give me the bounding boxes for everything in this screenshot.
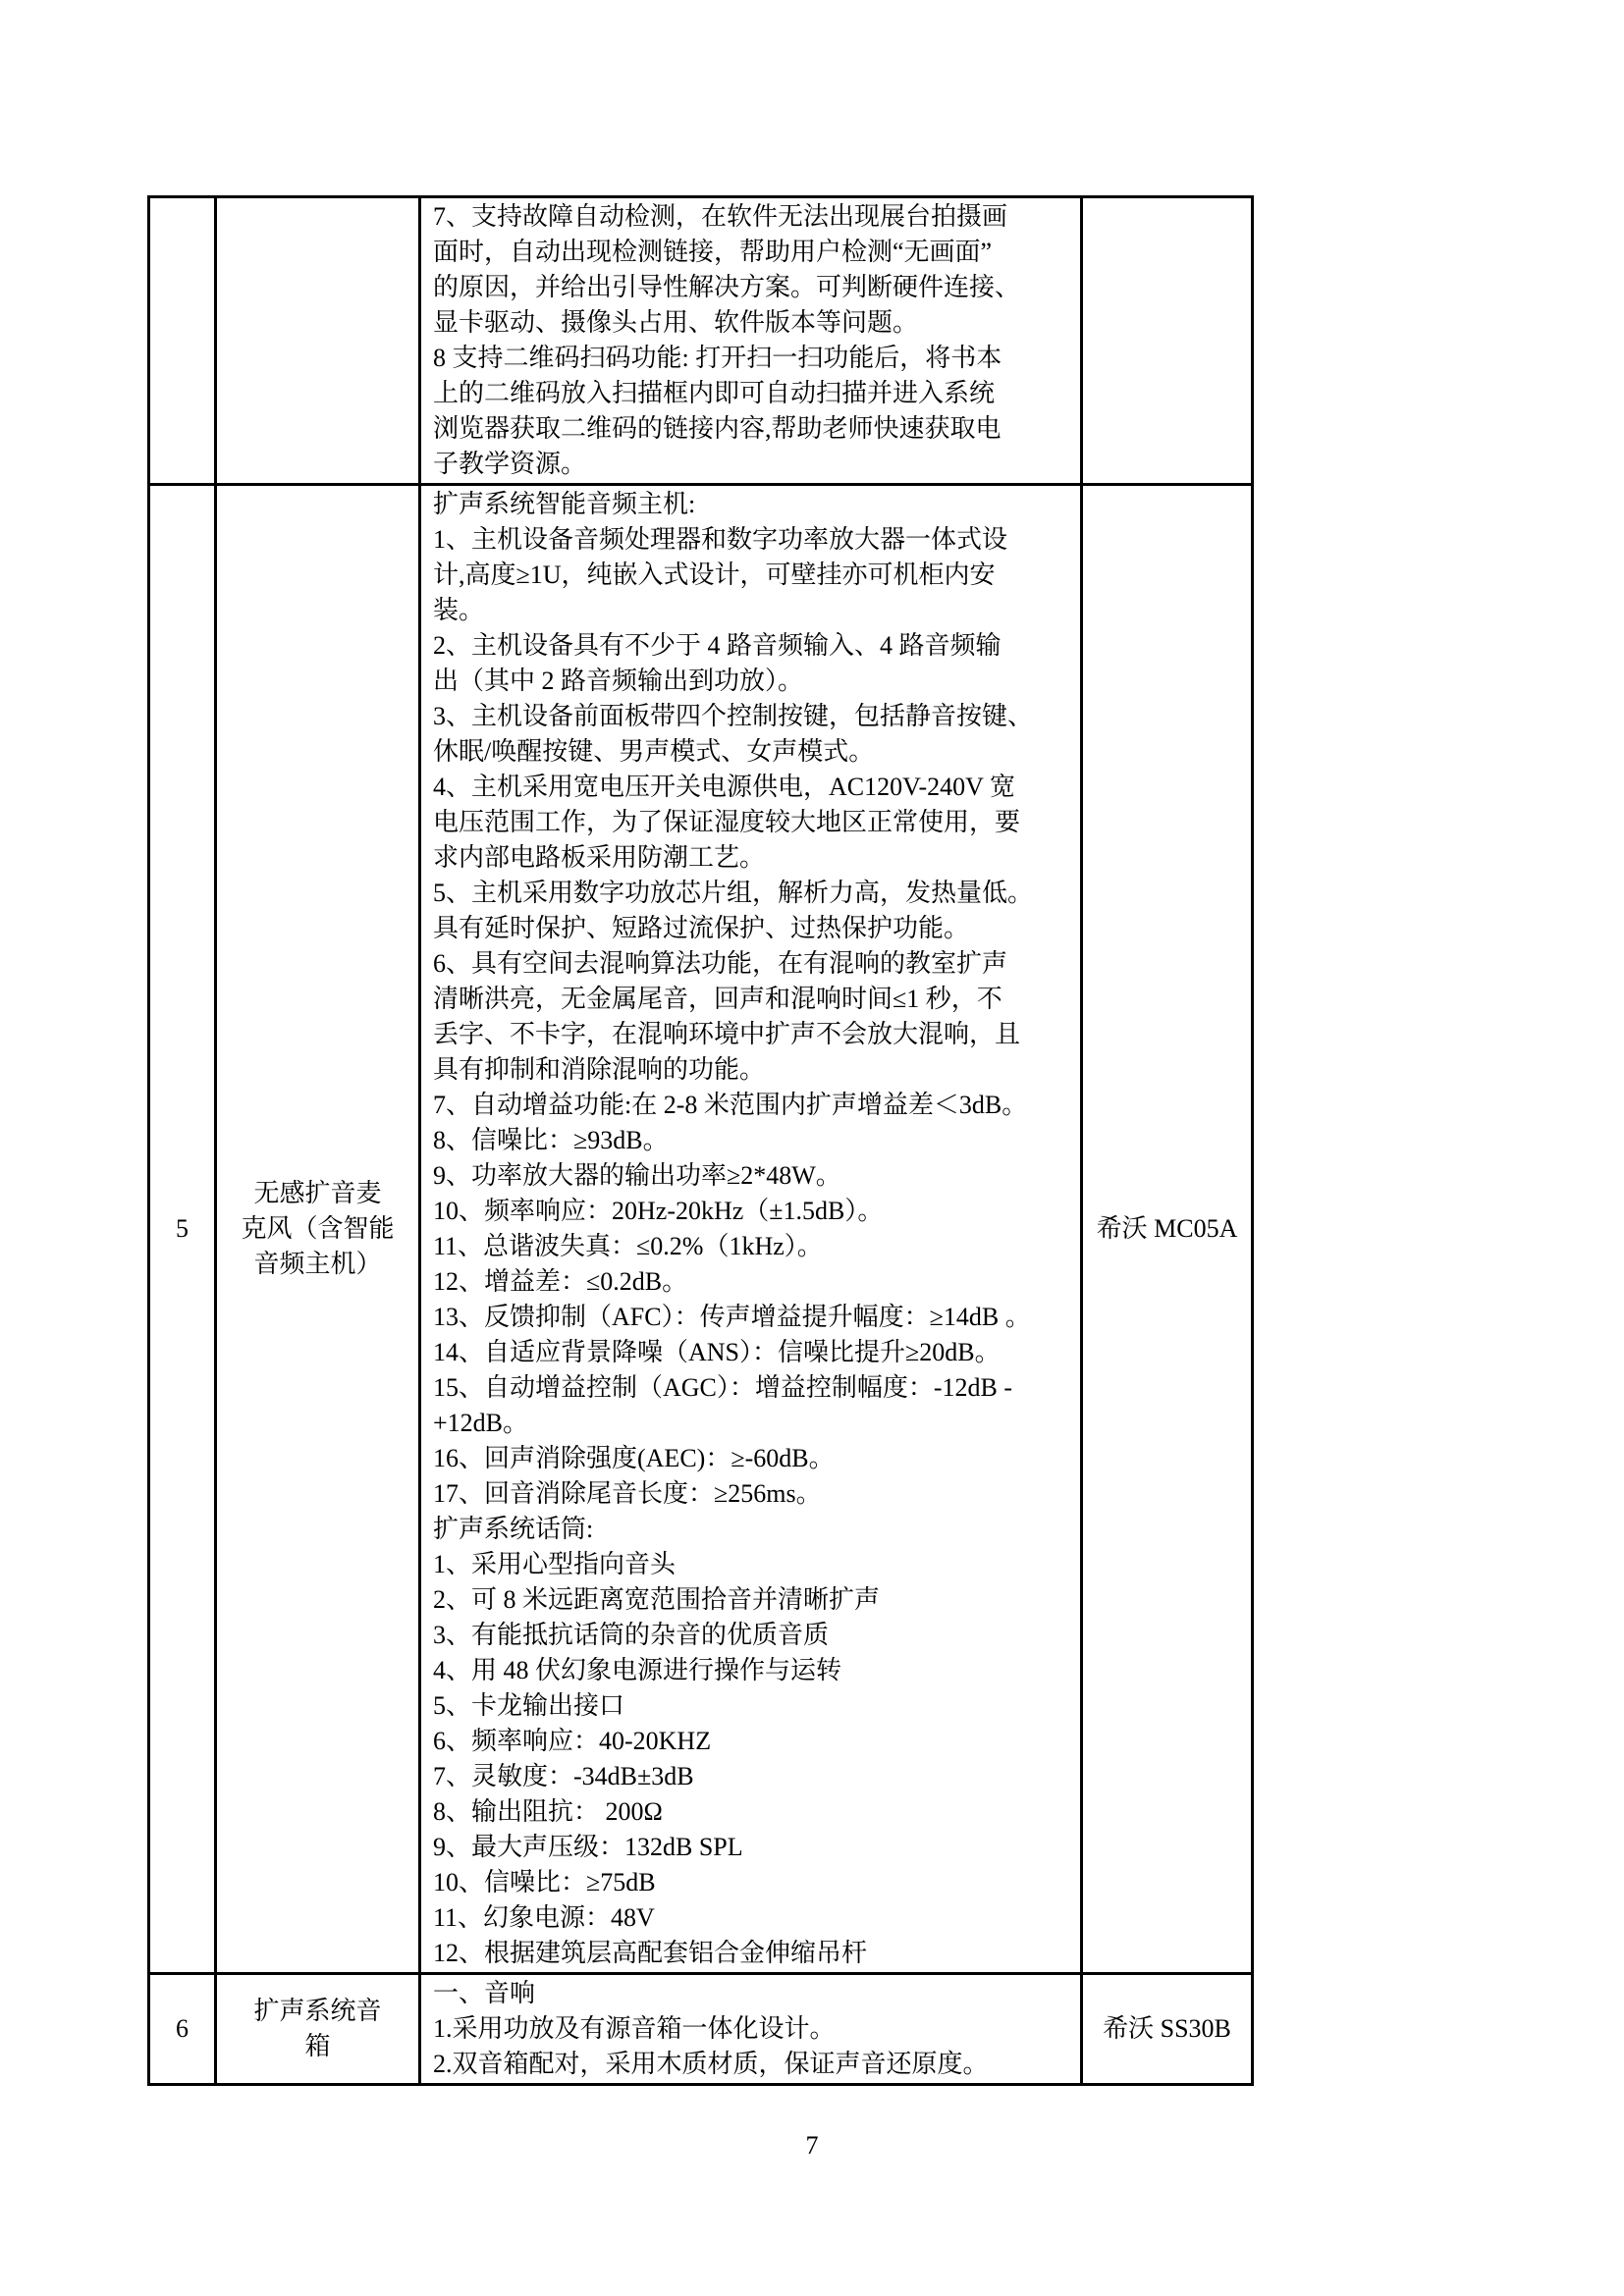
item-name-cell: 扩声系统音 箱 [216,1974,420,2085]
table-row-item5: 5 无感扩音麦 克风（含智能 音频主机） 扩声系统智能音频主机: 1、主机设备音… [149,485,1253,1974]
item-spec-cell: 一、音响 1.采用功放及有源音箱一体化设计。 2.双音箱配对，采用木质材质，保证… [420,1974,1082,2085]
item-no-cell [149,197,216,485]
item-brand-cell [1082,197,1253,485]
equipment-spec-table: 7、支持故障自动检测，在软件无法出现展台拍摄画 面时，自动出现检测链接，帮助用户… [147,195,1254,2086]
item-brand-cell: 希沃 SS30B [1082,1974,1253,2085]
item-spec-cell: 7、支持故障自动检测，在软件无法出现展台拍摄画 面时，自动出现检测链接，帮助用户… [420,197,1082,485]
document-page: 7、支持故障自动检测，在软件无法出现展台拍摄画 面时，自动出现检测链接，帮助用户… [0,0,1624,2296]
item-no-cell: 5 [149,485,216,1974]
item-no-cell: 6 [149,1974,216,2085]
item-name-cell: 无感扩音麦 克风（含智能 音频主机） [216,485,420,1974]
table-row-item4-continuation: 7、支持故障自动检测，在软件无法出现展台拍摄画 面时，自动出现检测链接，帮助用户… [149,197,1253,485]
page-number: 7 [0,2128,1624,2163]
item-spec-cell: 扩声系统智能音频主机: 1、主机设备音频处理器和数字功率放大器一体式设 计,高度… [420,485,1082,1974]
item-brand-cell: 希沃 MC05A [1082,485,1253,1974]
item-name-cell [216,197,420,485]
table-row-item6: 6 扩声系统音 箱 一、音响 1.采用功放及有源音箱一体化设计。 2.双音箱配对… [149,1974,1253,2085]
